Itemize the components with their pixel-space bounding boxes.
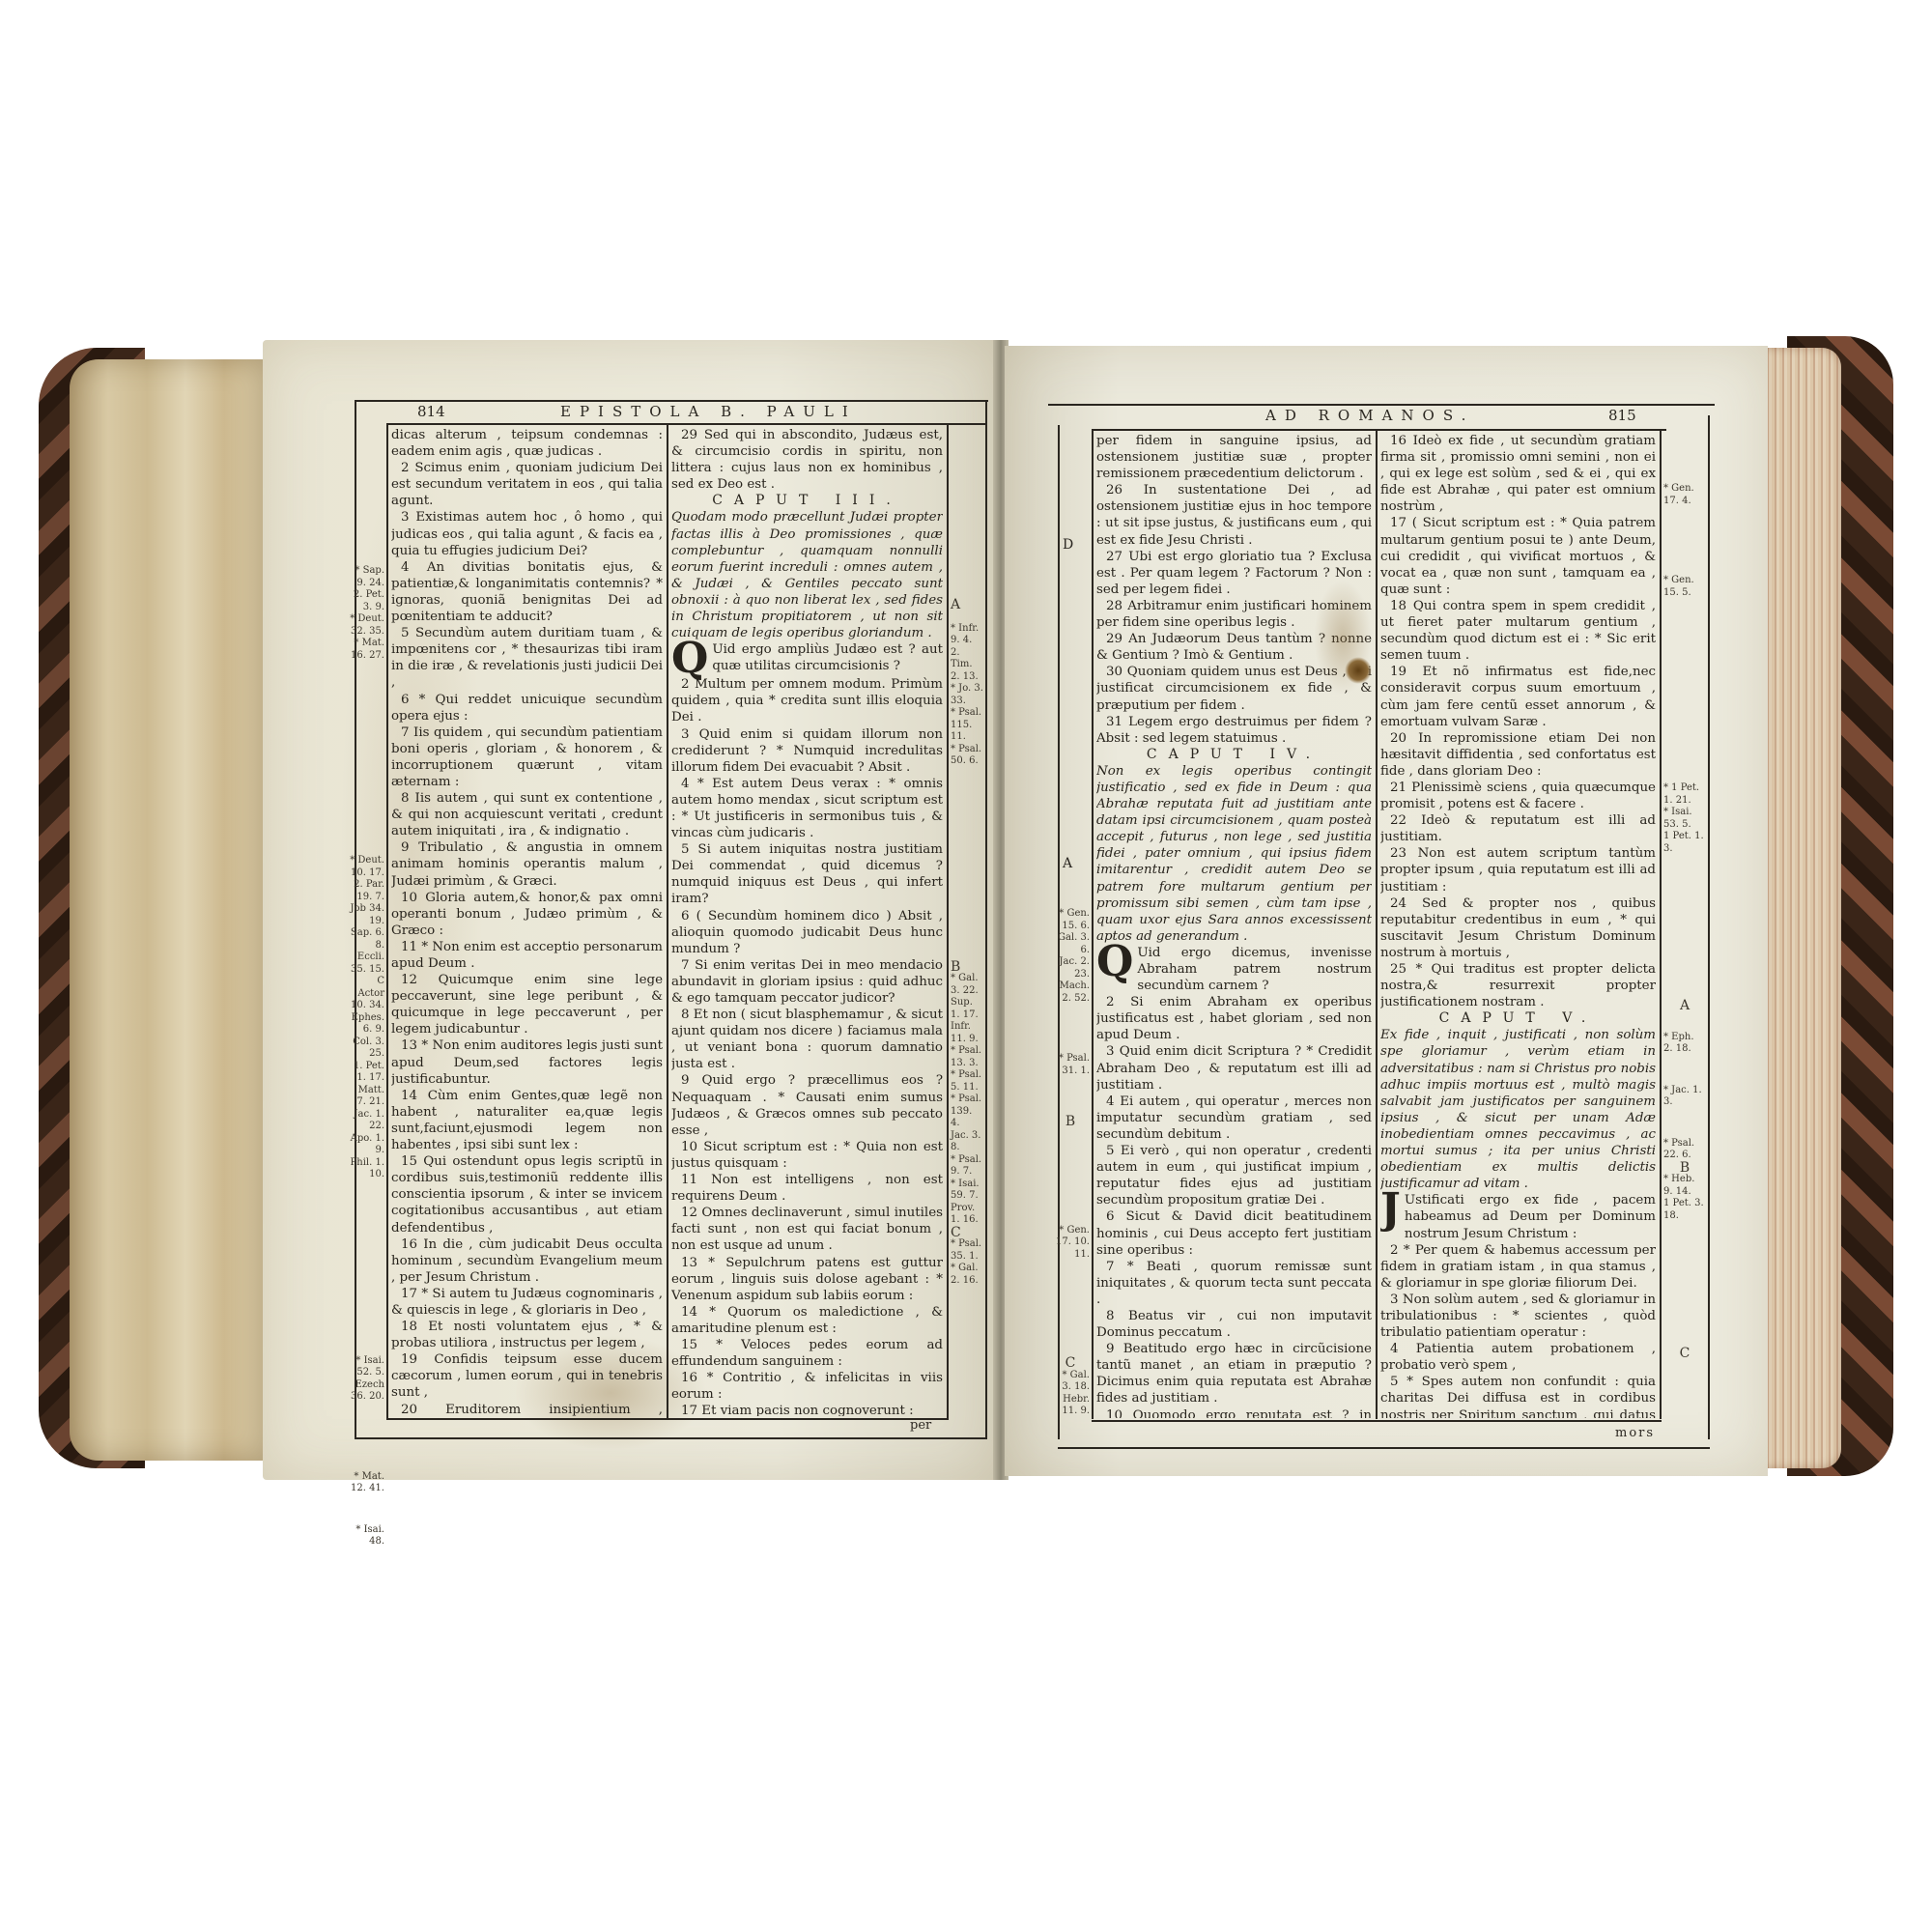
- top-rule-right: [1048, 404, 1715, 406]
- stain-smudge: [1314, 580, 1372, 696]
- outer-frame-right: [1708, 415, 1710, 1439]
- verse: 5 Si autem iniquitas nostra justitiam De…: [671, 841, 943, 907]
- verse: 3 Quid enim si quidam illorum non credid…: [671, 726, 943, 776]
- verse: 18 Qui contra spem in spem credidit , ut…: [1380, 598, 1656, 664]
- verse: 29 Sed qui in abscondito, Judæus est, & …: [671, 427, 943, 493]
- verse: 4 Ei autem , qui operatur , merces non i…: [1096, 1094, 1372, 1143]
- verse: 4 Patientia autem probationem , probatio…: [1380, 1341, 1656, 1374]
- column-divider-right: [1376, 429, 1378, 1419]
- verse: 9 Quid ergo ? præcellimus eos ? Nequaqua…: [671, 1072, 943, 1138]
- verse: 12 Omnes declinaverunt , simul inutiles …: [671, 1205, 943, 1254]
- verse: 31 Legem ergo destruimus per fidem ? Abs…: [1096, 714, 1372, 747]
- section-letter-d: D: [1063, 537, 1073, 553]
- page-number-right: 815: [1608, 407, 1636, 424]
- verse: 20 Eruditorem insipientium , magistrum i…: [391, 1402, 663, 1416]
- verse: 5 * Spes autem non confundit : quia char…: [1380, 1374, 1656, 1418]
- verse: 11 Non est intelligens , non est require…: [671, 1172, 943, 1205]
- first-verse: JUstificati ergo ex fide , pacem habeamu…: [1380, 1192, 1656, 1241]
- chapter-heading: CAPUT III.: [671, 493, 943, 509]
- verse: 7 Si enim veritas Dei in meo mendacio ab…: [671, 957, 943, 1007]
- verse: 14 * Quorum os maledictione , & amaritud…: [671, 1304, 943, 1337]
- column-frame-right: [1092, 429, 1094, 1419]
- chapter-argument: Quodam modo præcellunt Judæi propter fac…: [671, 509, 943, 641]
- verse: 7 Iis quidem , qui secundùm patientiam b…: [391, 724, 663, 790]
- verse: 3 Quid enim dicit Scriptura ? * Credidit…: [1096, 1043, 1372, 1093]
- outer-frame-left-inner: [985, 400, 987, 1438]
- verse: per fidem in sanguine ipsius, ad ostensi…: [1096, 433, 1372, 482]
- marginal-references-left-inner: A * Infr. 9. 4. 2. Tim. 2. 13. * Jo. 3. …: [951, 599, 983, 1287]
- bottom-outer-rule-left: [355, 1437, 987, 1439]
- column-frame-left: [386, 423, 388, 1418]
- verse: 15 * Veloces pedes eorum ad effundendum …: [671, 1337, 943, 1370]
- chapter-heading: CAPUT V.: [1380, 1010, 1656, 1027]
- verse: 24 Sed & propter nos , quibus reputabitu…: [1380, 895, 1656, 961]
- marginal-references-left-outer: * Sap. 9. 24. 2. Pet. 3. 9. * Deut. 32. …: [348, 565, 384, 1548]
- marginal-references-right-outer: * Gen. 17. 4. * Gen. 15. 5. * 1 Pet. 1. …: [1663, 483, 1706, 1360]
- top-rule-left: [355, 400, 988, 402]
- verse: 6 Sicut & David dicit beatitudinem homin…: [1096, 1208, 1372, 1258]
- verse: 26 In sustentatione Dei , ad ostensionem…: [1096, 482, 1372, 548]
- header-rule-left: [386, 423, 987, 425]
- verse: 8 Iis autem , qui sunt ex contentione , …: [391, 790, 663, 839]
- left-page-column-b: 29 Sed qui in abscondito, Judæus est, & …: [671, 427, 943, 1416]
- verse: 8 Beatus vir , cui non imputavit Dominus…: [1096, 1308, 1372, 1341]
- verse: 10 Quomodo ergo reputata est ? in circum…: [1096, 1407, 1372, 1418]
- verse: 17 * Si autem tu Judæus cognominaris , &…: [391, 1286, 663, 1319]
- chapter-argument: Non ex legis operibus contingit justific…: [1096, 763, 1372, 945]
- verse: 18 Et nosti voluntatem ejus , * & probas…: [391, 1319, 663, 1351]
- verse: 6 ( Secundùm hominem dico ) Absit , alio…: [671, 908, 943, 957]
- verse: 20 In repromissione etiam Dei non hæsita…: [1380, 730, 1656, 780]
- verse: 14 Cùm enim Gentes,quæ legẽ non habent ,…: [391, 1088, 663, 1153]
- verse: 13 * Sepulchrum patens est guttur eorum …: [671, 1255, 943, 1304]
- chapter-argument: Ex fide , inquit , justificati , non sol…: [1380, 1027, 1656, 1192]
- bottom-outer-rule-right: [1058, 1447, 1710, 1449]
- verse: 7 * Beati , quorum remissæ sunt iniquita…: [1096, 1259, 1372, 1308]
- verse: 21 Plenissimè sciens , quia quæcumque pr…: [1380, 780, 1656, 812]
- page-number-left: 814: [417, 403, 445, 420]
- verse: 6 * Qui reddet unicuique secundùm opera …: [391, 692, 663, 724]
- verse: 16 * Contritio , & infelicitas in viis e…: [671, 1370, 943, 1403]
- verse: 2 Scimus enim , quoniam judicium Dei est…: [391, 460, 663, 509]
- running-head-left: EPISTOLA B. PAULI: [560, 403, 857, 420]
- verse: 22 Ideò & reputatum est illi ad justitia…: [1380, 812, 1656, 845]
- catchword-right: mors: [1615, 1426, 1655, 1440]
- verse: 16 Ideò ex fide , ut secundùm gratiam fi…: [1380, 433, 1656, 515]
- drop-cap: J: [1380, 1192, 1401, 1227]
- section-letter-a: A: [1063, 856, 1072, 871]
- drop-cap: Q: [671, 641, 708, 676]
- verse: 25 * Qui traditus est propter delicta no…: [1380, 961, 1656, 1010]
- page-block-right-edge: [1764, 348, 1841, 1468]
- verse: 3 Existimas autem hoc , ô homo , qui jud…: [391, 509, 663, 558]
- verse: 9 Beatitudo ergo hæc in circũcisione tan…: [1096, 1341, 1372, 1406]
- chapter-heading: CAPUT IV.: [1096, 747, 1372, 763]
- verse: dicas alterum , teipsum condemnas : eade…: [391, 427, 663, 460]
- first-verse: QUid ergo dicemus, invenisse Abraham pat…: [1096, 945, 1372, 994]
- verse: 19 Et nõ infirmatus est fide,nec conside…: [1380, 664, 1656, 729]
- verse: 17 Et viam pacis non cognoverunt :: [671, 1403, 943, 1416]
- header-rule-right: [1092, 429, 1666, 431]
- verse: 2 Multum per omnem modum. Primùm quidem …: [671, 676, 943, 725]
- inner-frame-right: [1660, 429, 1662, 1419]
- marginal-references-right-inner: * Gen. 15. 6. Gal. 3. 6. Jac. 2. 23. Mac…: [1051, 908, 1090, 1418]
- verse: 4 * Est autem Deus verax : * omnis autem…: [671, 776, 943, 841]
- catchword-left: per: [910, 1418, 931, 1433]
- right-page-column-a: per fidem in sanguine ipsius, ad ostensi…: [1096, 433, 1372, 1418]
- drop-cap: Q: [1096, 945, 1133, 980]
- verse: 12 Quicumque enim sine lege peccaverunt,…: [391, 972, 663, 1037]
- running-head-right: AD ROMANOS.: [1265, 407, 1474, 424]
- verse: 11 * Non enim est acceptio personarum ap…: [391, 939, 663, 972]
- column-divider-left: [667, 423, 668, 1418]
- bottom-rule-left: [386, 1418, 949, 1420]
- left-page-column-a: dicas alterum , teipsum condemnas : eade…: [391, 427, 663, 1416]
- bottom-rule-right: [1092, 1420, 1662, 1422]
- verse: 2 * Per quem & habemus accessum per fide…: [1380, 1242, 1656, 1292]
- page-block-left-edge: [70, 359, 263, 1461]
- verse: 3 Non solùm autem , sed & gloriamur in t…: [1380, 1292, 1656, 1341]
- verse: 13 * Non enim auditores legis justi sunt…: [391, 1037, 663, 1087]
- verse: 2 Si enim Abraham ex operibus justificat…: [1096, 994, 1372, 1043]
- verse: 16 In die , cùm judicabit Deus occulta h…: [391, 1236, 663, 1286]
- verse: 10 Gloria autem,& honor,& pax omni opera…: [391, 890, 663, 939]
- first-verse: QUid ergo ampliùs Judæo est ? aut quæ ut…: [671, 641, 943, 674]
- verse: 23 Non est autem scriptum tantùm propter…: [1380, 845, 1656, 895]
- verse: 5 Ei verò , qui non operatur , credenti …: [1096, 1143, 1372, 1208]
- verse: 5 Secundùm autem duritiam tuam , & impœn…: [391, 625, 663, 691]
- verse: 9 Tribulatio , & angustia in omnem anima…: [391, 839, 663, 889]
- verse: 8 Et non ( sicut blasphemamur , & sicut …: [671, 1007, 943, 1072]
- verse: 19 Confidis teipsum esse ducem cæcorum ,…: [391, 1351, 663, 1401]
- verse: 10 Sicut scriptum est : * Quia non est j…: [671, 1139, 943, 1172]
- verse: 15 Qui ostendunt opus legis scriptũ in c…: [391, 1153, 663, 1236]
- right-page-column-b: 16 Ideò ex fide , ut secundùm gratiam fi…: [1380, 433, 1656, 1418]
- verse: 4 An divitias bonitatis ejus, & patienti…: [391, 559, 663, 625]
- verse: 17 ( Sicut scriptum est : * Quia patrem …: [1380, 515, 1656, 597]
- inner-frame-left: [947, 423, 949, 1418]
